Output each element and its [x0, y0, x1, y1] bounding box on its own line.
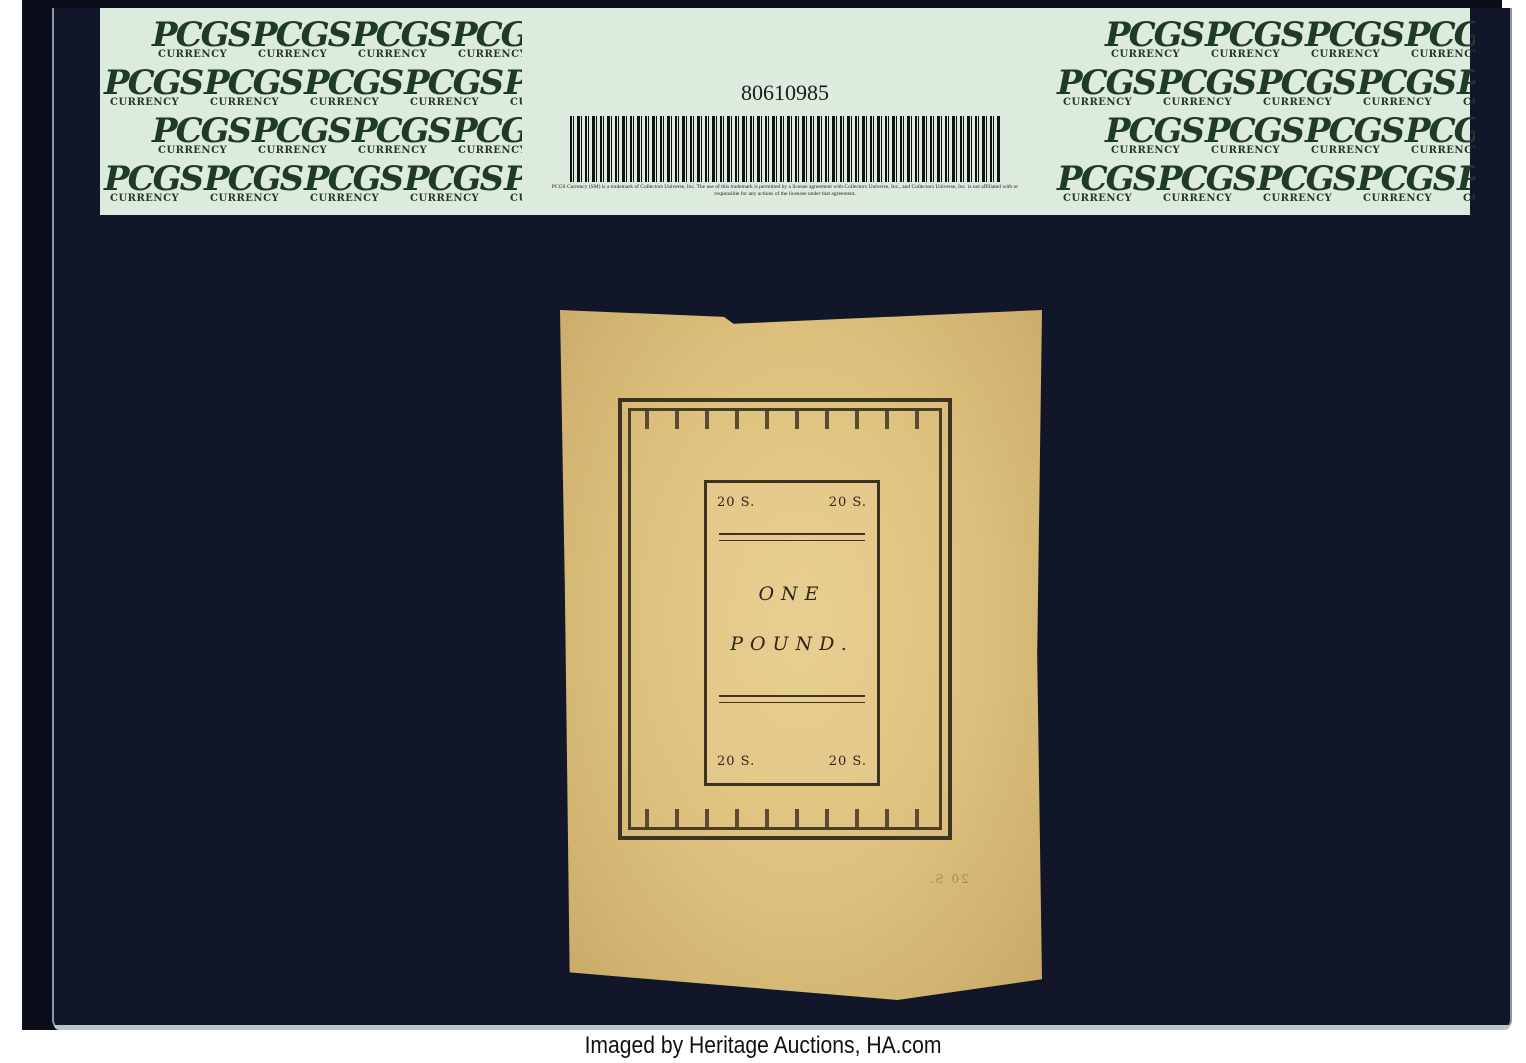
- pcgs-logo-subword: CURRENCY: [1111, 146, 1203, 156]
- pcgs-logo: PCGSCURRENCY: [352, 114, 450, 156]
- pcgs-logo: PCGSCURRENCY: [1157, 66, 1255, 108]
- pcgs-logo-subword: CURRENCY: [510, 98, 522, 108]
- certification-number: 80610985: [540, 80, 1030, 106]
- pcgs-logo: PCGSCURRENCY: [1105, 114, 1203, 156]
- showthrough-denomination: 20 S.: [928, 872, 969, 886]
- pcgs-logo: PCGSCURRENCY: [1357, 66, 1455, 108]
- denomination-top-left: 20 S.: [717, 495, 755, 510]
- pcgs-logo-subword: CURRENCY: [110, 194, 202, 204]
- divider-top: [719, 533, 865, 541]
- pcgs-logo: PCGSCURRENCY: [404, 162, 502, 204]
- pcgs-logo-subword: CURRENCY: [1163, 98, 1255, 108]
- denomination-bottom-right: 20 S.: [829, 754, 867, 769]
- pcgs-logo-subword: CURRENCY: [1463, 194, 1475, 204]
- pcgs-logo: PCGSCURRENCY: [1057, 66, 1155, 108]
- pcgs-logo: PCGSCURRENCY: [1205, 114, 1303, 156]
- pcgs-logo: PCGSCURRENCY: [304, 162, 402, 204]
- pcgs-logo-subword: CURRENCY: [1063, 194, 1155, 204]
- pcgs-logo: PCGSCURRENCY: [1205, 18, 1303, 60]
- pcgs-logo-subword: CURRENCY: [1211, 50, 1303, 60]
- banknote-back: 20 S. 20 S. ONE POUND. 20 S. 20 S. 20 S.: [560, 310, 1042, 1000]
- denomination-bottom-left: 20 S.: [717, 754, 755, 769]
- pcgs-logo-subword: CURRENCY: [1063, 98, 1155, 108]
- pcgs-logo-pattern-left: PCGSCURRENCYPCGSCURRENCYPCGSCURRENCYPCGS…: [102, 8, 522, 215]
- pcgs-logo: PCGSCURRENCY: [1057, 162, 1155, 204]
- pcgs-logo: PCGSCURRENCY: [1105, 18, 1203, 60]
- pcgs-label: PCGSCURRENCYPCGSCURRENCYPCGSCURRENCYPCGS…: [100, 8, 1470, 215]
- pcgs-logo-subword: CURRENCY: [1263, 194, 1355, 204]
- pcgs-logo: PCGSCURRENCY: [1257, 66, 1355, 108]
- pcgs-logo: PCGSCURRENCY: [252, 18, 350, 60]
- pcgs-logo: PCGSCURRENCY: [1457, 162, 1475, 204]
- pcgs-logo: PCGSCURRENCY: [152, 18, 250, 60]
- pcgs-logo: PCGSCURRENCY: [1357, 162, 1455, 204]
- image-credit: Imaged by Heritage Auctions, HA.com: [92, 1032, 1435, 1060]
- pcgs-logo: PCGSCURRENCY: [152, 114, 250, 156]
- pcgs-logo-pattern-right: PCGSCURRENCYPCGSCURRENCYPCGSCURRENCYPCGS…: [1055, 8, 1475, 215]
- pcgs-logo-subword: CURRENCY: [1363, 98, 1455, 108]
- pcgs-logo: PCGSCURRENCY: [352, 18, 450, 60]
- pcgs-logo: PCGSCURRENCY: [1405, 114, 1475, 156]
- pcgs-logo: PCGSCURRENCY: [1457, 66, 1475, 108]
- pcgs-logo-subword: CURRENCY: [1163, 194, 1255, 204]
- denomination-top-right: 20 S.: [829, 495, 867, 510]
- pcgs-logo-subword: CURRENCY: [1411, 50, 1475, 60]
- certification-block: 80610985 PCGS Currency (SM) is a tradema…: [540, 8, 1030, 215]
- pcgs-logo-subword: CURRENCY: [258, 146, 350, 156]
- value-word-one: ONE: [707, 583, 877, 605]
- pcgs-logo-subword: CURRENCY: [1363, 194, 1455, 204]
- pcgs-logo: PCGSCURRENCY: [504, 66, 522, 108]
- pcgs-logo-subword: CURRENCY: [1263, 98, 1355, 108]
- pcgs-logo-subword: CURRENCY: [358, 50, 450, 60]
- pcgs-holder: PCGSCURRENCYPCGSCURRENCYPCGSCURRENCYPCGS…: [22, 0, 1502, 1030]
- pcgs-logo-subword: CURRENCY: [1311, 146, 1403, 156]
- pcgs-logo: PCGSCURRENCY: [1257, 162, 1355, 204]
- pcgs-logo: PCGSCURRENCY: [452, 18, 522, 60]
- pcgs-logo-subword: CURRENCY: [458, 146, 522, 156]
- value-word-pound: POUND.: [707, 633, 877, 655]
- center-panel: 20 S. 20 S. ONE POUND. 20 S. 20 S.: [704, 480, 880, 786]
- pcgs-logo: PCGSCURRENCY: [1157, 162, 1255, 204]
- pcgs-logo-subword: CURRENCY: [510, 194, 522, 204]
- pcgs-logo: PCGSCURRENCY: [252, 114, 350, 156]
- pcgs-logo: PCGSCURRENCY: [452, 114, 522, 156]
- trademark-notice: PCGS Currency (SM) is a trademark of Col…: [550, 184, 1020, 198]
- pcgs-logo-subword: CURRENCY: [410, 98, 502, 108]
- pcgs-logo: PCGSCURRENCY: [204, 162, 302, 204]
- pcgs-logo-subword: CURRENCY: [1311, 50, 1403, 60]
- pcgs-logo-subword: CURRENCY: [310, 98, 402, 108]
- barcode: [570, 116, 1000, 182]
- pcgs-logo-subword: CURRENCY: [158, 146, 250, 156]
- pcgs-logo-subword: CURRENCY: [110, 98, 202, 108]
- pcgs-logo: PCGSCURRENCY: [1405, 18, 1475, 60]
- pcgs-logo-subword: CURRENCY: [1411, 146, 1475, 156]
- pcgs-logo: PCGSCURRENCY: [204, 66, 302, 108]
- pcgs-logo: PCGSCURRENCY: [1305, 114, 1403, 156]
- pcgs-logo-subword: CURRENCY: [1211, 146, 1303, 156]
- pcgs-logo: PCGSCURRENCY: [504, 162, 522, 204]
- pcgs-logo: PCGSCURRENCY: [1305, 18, 1403, 60]
- pcgs-logo-subword: CURRENCY: [210, 98, 302, 108]
- pcgs-logo-subword: CURRENCY: [210, 194, 302, 204]
- pcgs-logo: PCGSCURRENCY: [304, 66, 402, 108]
- pcgs-logo-subword: CURRENCY: [410, 194, 502, 204]
- divider-bottom: [719, 695, 865, 703]
- pcgs-logo: PCGSCURRENCY: [104, 162, 202, 204]
- pcgs-logo-subword: CURRENCY: [358, 146, 450, 156]
- pcgs-logo-subword: CURRENCY: [458, 50, 522, 60]
- pcgs-logo-subword: CURRENCY: [310, 194, 402, 204]
- pcgs-logo: PCGSCURRENCY: [104, 66, 202, 108]
- pcgs-logo: PCGSCURRENCY: [404, 66, 502, 108]
- ornamental-frame: 20 S. 20 S. ONE POUND. 20 S. 20 S.: [618, 398, 952, 840]
- pcgs-logo-subword: CURRENCY: [1463, 98, 1475, 108]
- pcgs-logo-subword: CURRENCY: [158, 50, 250, 60]
- pcgs-logo-subword: CURRENCY: [258, 50, 350, 60]
- pcgs-logo-subword: CURRENCY: [1111, 50, 1203, 60]
